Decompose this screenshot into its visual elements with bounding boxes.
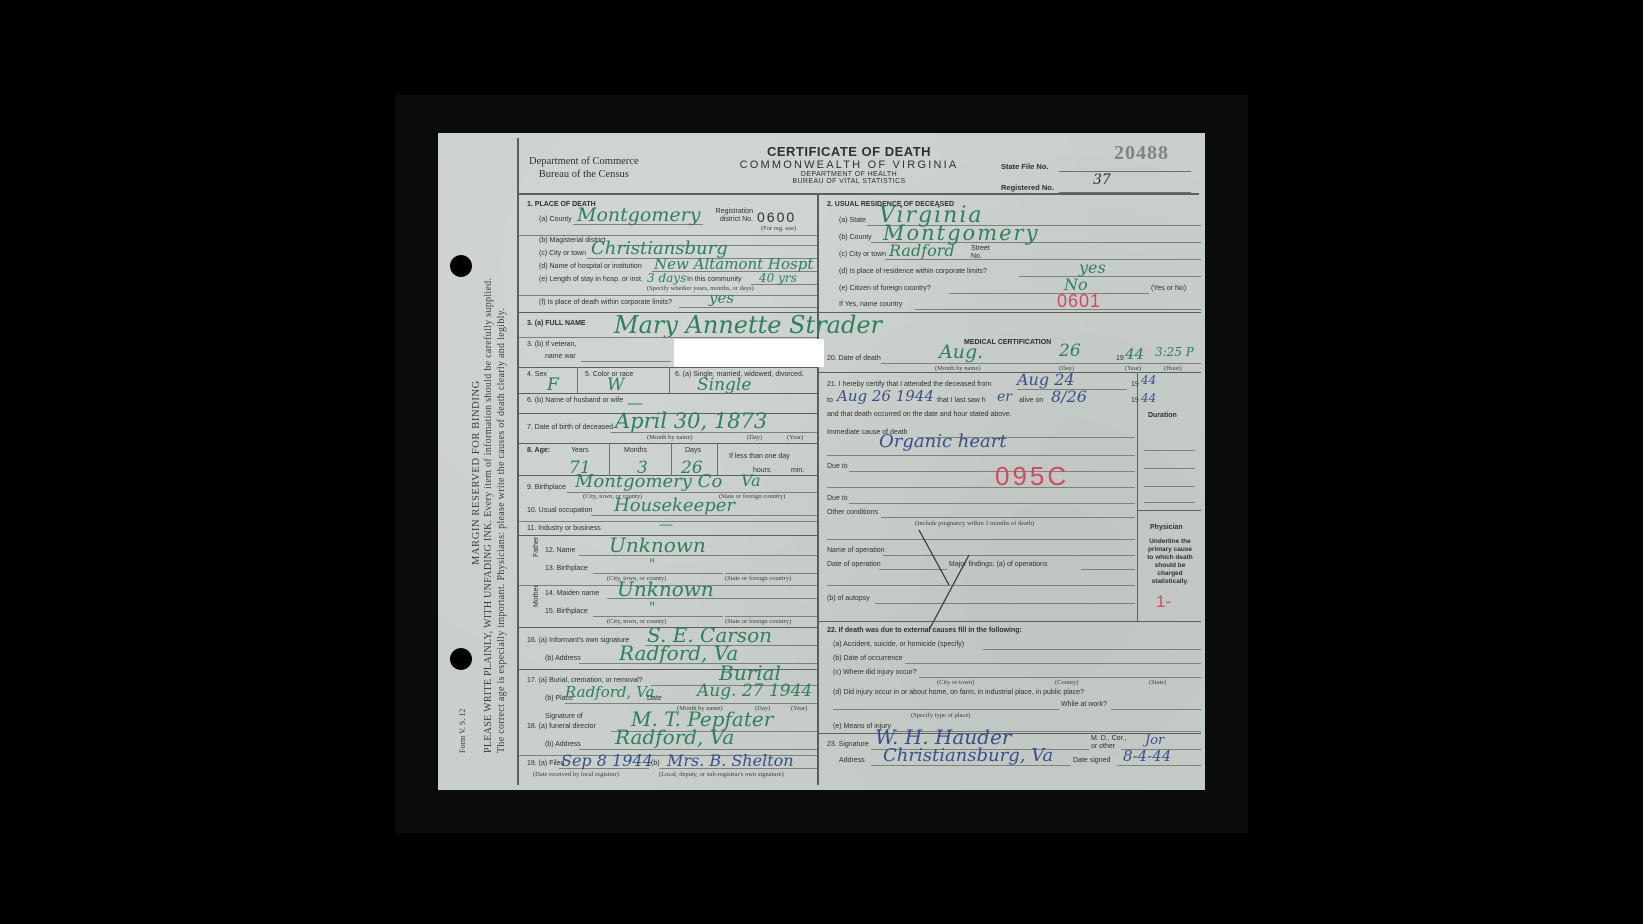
less-day-label: If less than one day (729, 453, 790, 460)
dept-health: DEPARTMENT OF HEALTH (729, 171, 969, 178)
certificate-form: Department of Commerce Bureau of the Cen… (517, 138, 1199, 785)
burial-date-value: Aug. 27 1944 (697, 681, 812, 701)
state-file-line (1059, 171, 1191, 172)
dob-day-note: (Day) (747, 434, 762, 441)
months-label: Months (624, 447, 647, 454)
home-injury-label: (d) Did injury occur in or about home, o… (833, 689, 1084, 696)
funeral-signature-label: Signature of (545, 713, 583, 720)
punch-hole (450, 255, 472, 277)
residence-corporate-label: (d) Is place of residence within corpora… (839, 268, 987, 275)
father-birthplace-value: " (649, 557, 655, 573)
immediate-cause-value: Organic heart (879, 431, 1007, 452)
industry-value: — (659, 517, 673, 533)
instruction-line-2: The correct age is especially important.… (496, 308, 507, 753)
reg-district-label: Registration district No. (711, 208, 753, 224)
city-label: (c) City or town (539, 250, 586, 257)
corporate-value: yes (709, 289, 734, 307)
duration-column: Duration Physician Underline the primary… (1137, 372, 1201, 621)
physician-mark: 1- (1156, 592, 1171, 612)
death-date-label: 20. Date of death (827, 355, 881, 362)
sex-value: F (547, 375, 559, 395)
other-conditions-label: Other conditions (827, 509, 878, 516)
burial-place-value: Radford, Va (565, 683, 654, 701)
birthplace-state: Va (741, 471, 761, 490)
filed-date-note: (Date received by local registrar) (533, 771, 619, 778)
file-number-box: 20488 State File No. Registered No. 37 (1001, 142, 1191, 192)
citizen-label: (e) Citizen of foreign country? (839, 285, 931, 292)
country-label: If Yes, name country (839, 301, 902, 308)
certificate-header: Department of Commerce Bureau of the Cen… (519, 138, 1199, 195)
left-column: 1. PLACE OF DEATH (a) County Montgomery … (519, 195, 819, 785)
occupation-value: Housekeeper (614, 495, 735, 516)
stay-value: 3 days (647, 271, 686, 285)
death-hour: 3:25 P (1155, 345, 1194, 359)
occupation-label: 10. Usual occupation (527, 507, 592, 514)
instruction-line-1: PLEASE WRITE PLAINLY, WITH UNFADING INK.… (483, 278, 494, 753)
punch-hole (450, 648, 472, 670)
certifier-address-label: Address (839, 757, 865, 764)
burial-date-label: Date (647, 695, 662, 702)
state-file-label: State File No. (1001, 162, 1049, 171)
mother-birthplace-label: 15. Birthplace (545, 608, 588, 615)
father-state-note: (State or foreign country) (725, 575, 791, 582)
death-hour-note: (Hour) (1164, 365, 1182, 372)
autopsy-label: (b) of autopsy (827, 595, 870, 602)
dob-year-note: (Year) (787, 434, 803, 441)
death-month-note: (Month by name) (935, 365, 981, 372)
where-injury-label: (c) Where did injury occur? (833, 669, 917, 676)
reg-use-note: (For reg. use) (761, 225, 796, 232)
funeral-address-value: Radford, Va (615, 725, 734, 749)
registrar-label: (b) (651, 760, 660, 767)
dob-value: April 30, 1873 (615, 409, 767, 433)
right-column: 2. USUAL RESIDENCE OF DECEASED (a) State… (819, 195, 1201, 785)
father-label: Father (533, 537, 540, 557)
alive-on-value: 8/26 (1051, 387, 1087, 406)
death-certificate: MARGIN RESERVED FOR BINDING Form V. S. 1… (438, 133, 1205, 790)
alive-on-label: alive on (1019, 397, 1043, 404)
binding-margin: MARGIN RESERVED FOR BINDING Form V. S. 1… (438, 133, 517, 790)
cause-code: 095C (995, 461, 1069, 492)
death-day: 26 (1059, 341, 1081, 361)
form-number: Form V. S. 12 (458, 709, 467, 753)
street-label: Street No. (971, 245, 995, 261)
informant-address-label: (b) Address (545, 655, 581, 662)
registered-label: Registered No. (1001, 183, 1054, 192)
md-value: Jor (1145, 733, 1164, 748)
father-name-label: 12. Name (545, 547, 575, 554)
specify-note: (Specify whether years, months, or days) (647, 285, 754, 292)
last-saw-pronoun: er (997, 389, 1012, 405)
sex-label: 4. Sex (527, 371, 547, 378)
residence-city-label: (c) City or town (839, 251, 886, 258)
operation-name-label: Name of operation (827, 547, 885, 554)
residence-county-label: (b) County (839, 234, 872, 241)
at-work-label: While at work? (1061, 701, 1107, 708)
informant-signature-label: 16. (a) Informant's own signature (527, 637, 629, 644)
external-heading: 22. If death was due to external causes … (827, 627, 1022, 634)
community-label: In this community (687, 276, 741, 283)
marital-value: Single (697, 375, 751, 395)
father-name-value: Unknown (609, 533, 706, 557)
funeral-address-label: (b) Address (545, 741, 581, 748)
certifier-signature-label: 23. Signature (827, 741, 869, 748)
years-label: Years (571, 447, 589, 454)
duration-label: Duration (1148, 412, 1177, 419)
accident-label: (a) Accident, suicide, or homicide (spec… (833, 641, 964, 648)
birthplace-value: Montgomery Co (575, 471, 722, 492)
department-block: Department of Commerce Bureau of the Cen… (529, 155, 639, 181)
mother-birthplace-value: " (649, 600, 655, 616)
stamp-number: 20488 (1114, 142, 1169, 165)
last-saw-label: that I last saw h (937, 397, 986, 404)
yes-no-note: (Yes or No) (1151, 285, 1186, 292)
attended-to: Aug 26 1944 (837, 387, 934, 405)
age-label: 8. Age: (527, 447, 550, 454)
residence-state-label: (a) State (839, 217, 866, 224)
to-label: to (827, 397, 833, 404)
registrar-note: (Local, deputy, or sub-registrar's own s… (659, 771, 784, 778)
spouse-label: 6. (b) Name of husband or wife (527, 397, 623, 405)
days-label: Days (685, 447, 701, 454)
reg-district-value: 0600 (757, 209, 796, 225)
full-name-label: 3. (a) FULL NAME (527, 320, 586, 327)
hospital-label: (d) Name of hospital or institution (539, 263, 642, 270)
place-type-note: (Specify type of place) (911, 712, 970, 719)
veteran-label: 3. (b) If veteran, (527, 341, 576, 348)
certifier-address-value: Christiansburg, Va (883, 745, 1053, 766)
dob-label: 7. Date of birth of deceased (527, 424, 613, 431)
stay-label: (e) Length of stay in hosp. or inst. (539, 276, 643, 283)
burial-year-note: (Year) (791, 705, 807, 712)
registrar-value: Mrs. B. Shelton (667, 751, 794, 770)
injury-state-note: (State) (1149, 679, 1166, 686)
bureau-name: Bureau of the Census (529, 168, 639, 181)
county-label: (a) County (539, 216, 572, 223)
date-signed-value: 8-4-44 (1123, 747, 1171, 765)
industry-label: 11. Industry or business (527, 525, 601, 532)
county-value: Montgomery (577, 204, 700, 226)
physician-note-title: Physician (1150, 524, 1183, 531)
mother-maiden-value: Unknown (617, 577, 714, 601)
race-value: W (607, 375, 624, 395)
date-signed-label: Date signed (1073, 757, 1110, 764)
due-to-1-label: Due to (827, 463, 848, 470)
due-to-2-label: Due to (827, 495, 848, 502)
registered-value: 37 (1093, 172, 1111, 188)
death-year: 44 (1125, 345, 1144, 363)
binding-note: MARGIN RESERVED FOR BINDING (471, 380, 482, 565)
commonwealth-title: COMMONWEALTH OF VIRGINIA (729, 159, 969, 171)
community-value: 40 yrs (759, 271, 797, 285)
physician-note: Underline the primary cause to which dea… (1144, 538, 1196, 586)
min-label: min. (791, 467, 804, 474)
injury-county-note: (County) (1055, 679, 1078, 686)
strike-mark (909, 525, 989, 635)
registered-line (1059, 192, 1191, 193)
department-name: Department of Commerce (529, 155, 639, 168)
mother-label: Mother (533, 585, 540, 607)
certificate-title-block: CERTIFICATE OF DEATH COMMONWEALTH OF VIR… (729, 144, 969, 185)
operation-date-label: Date of operation (827, 561, 881, 568)
dob-month-note: (Month by name) (647, 434, 693, 441)
certificate-title: CERTIFICATE OF DEATH (729, 144, 969, 159)
occurrence-label: (b) Date of occurrence (833, 655, 903, 662)
death-statement: and that death occurred on the date and … (827, 411, 1011, 418)
birthplace-label: 9. Birthplace (527, 484, 566, 491)
injury-city-note: (City or town) (937, 679, 974, 686)
corporate-label: (f) Is place of death within corporate l… (539, 299, 672, 306)
filed-label: 19. (a) Filed (527, 760, 564, 767)
funeral-director-label: 18. (a) funeral director (527, 723, 596, 730)
bureau-vital-statistics: BUREAU OF VITAL STATISTICS (729, 178, 969, 185)
country-code: 0601 (1057, 291, 1101, 312)
residence-city-value: Radford (889, 241, 955, 260)
war-label: name war (545, 353, 576, 360)
father-birthplace-label: 13. Birthplace (545, 565, 588, 572)
death-year-note: (Year) (1125, 365, 1141, 372)
death-month: Aug. (939, 341, 983, 363)
redacted-region (674, 339, 824, 367)
filed-value: Sep 8 1944 (561, 751, 653, 770)
mother-maiden-label: 14. Maiden name (545, 590, 599, 597)
